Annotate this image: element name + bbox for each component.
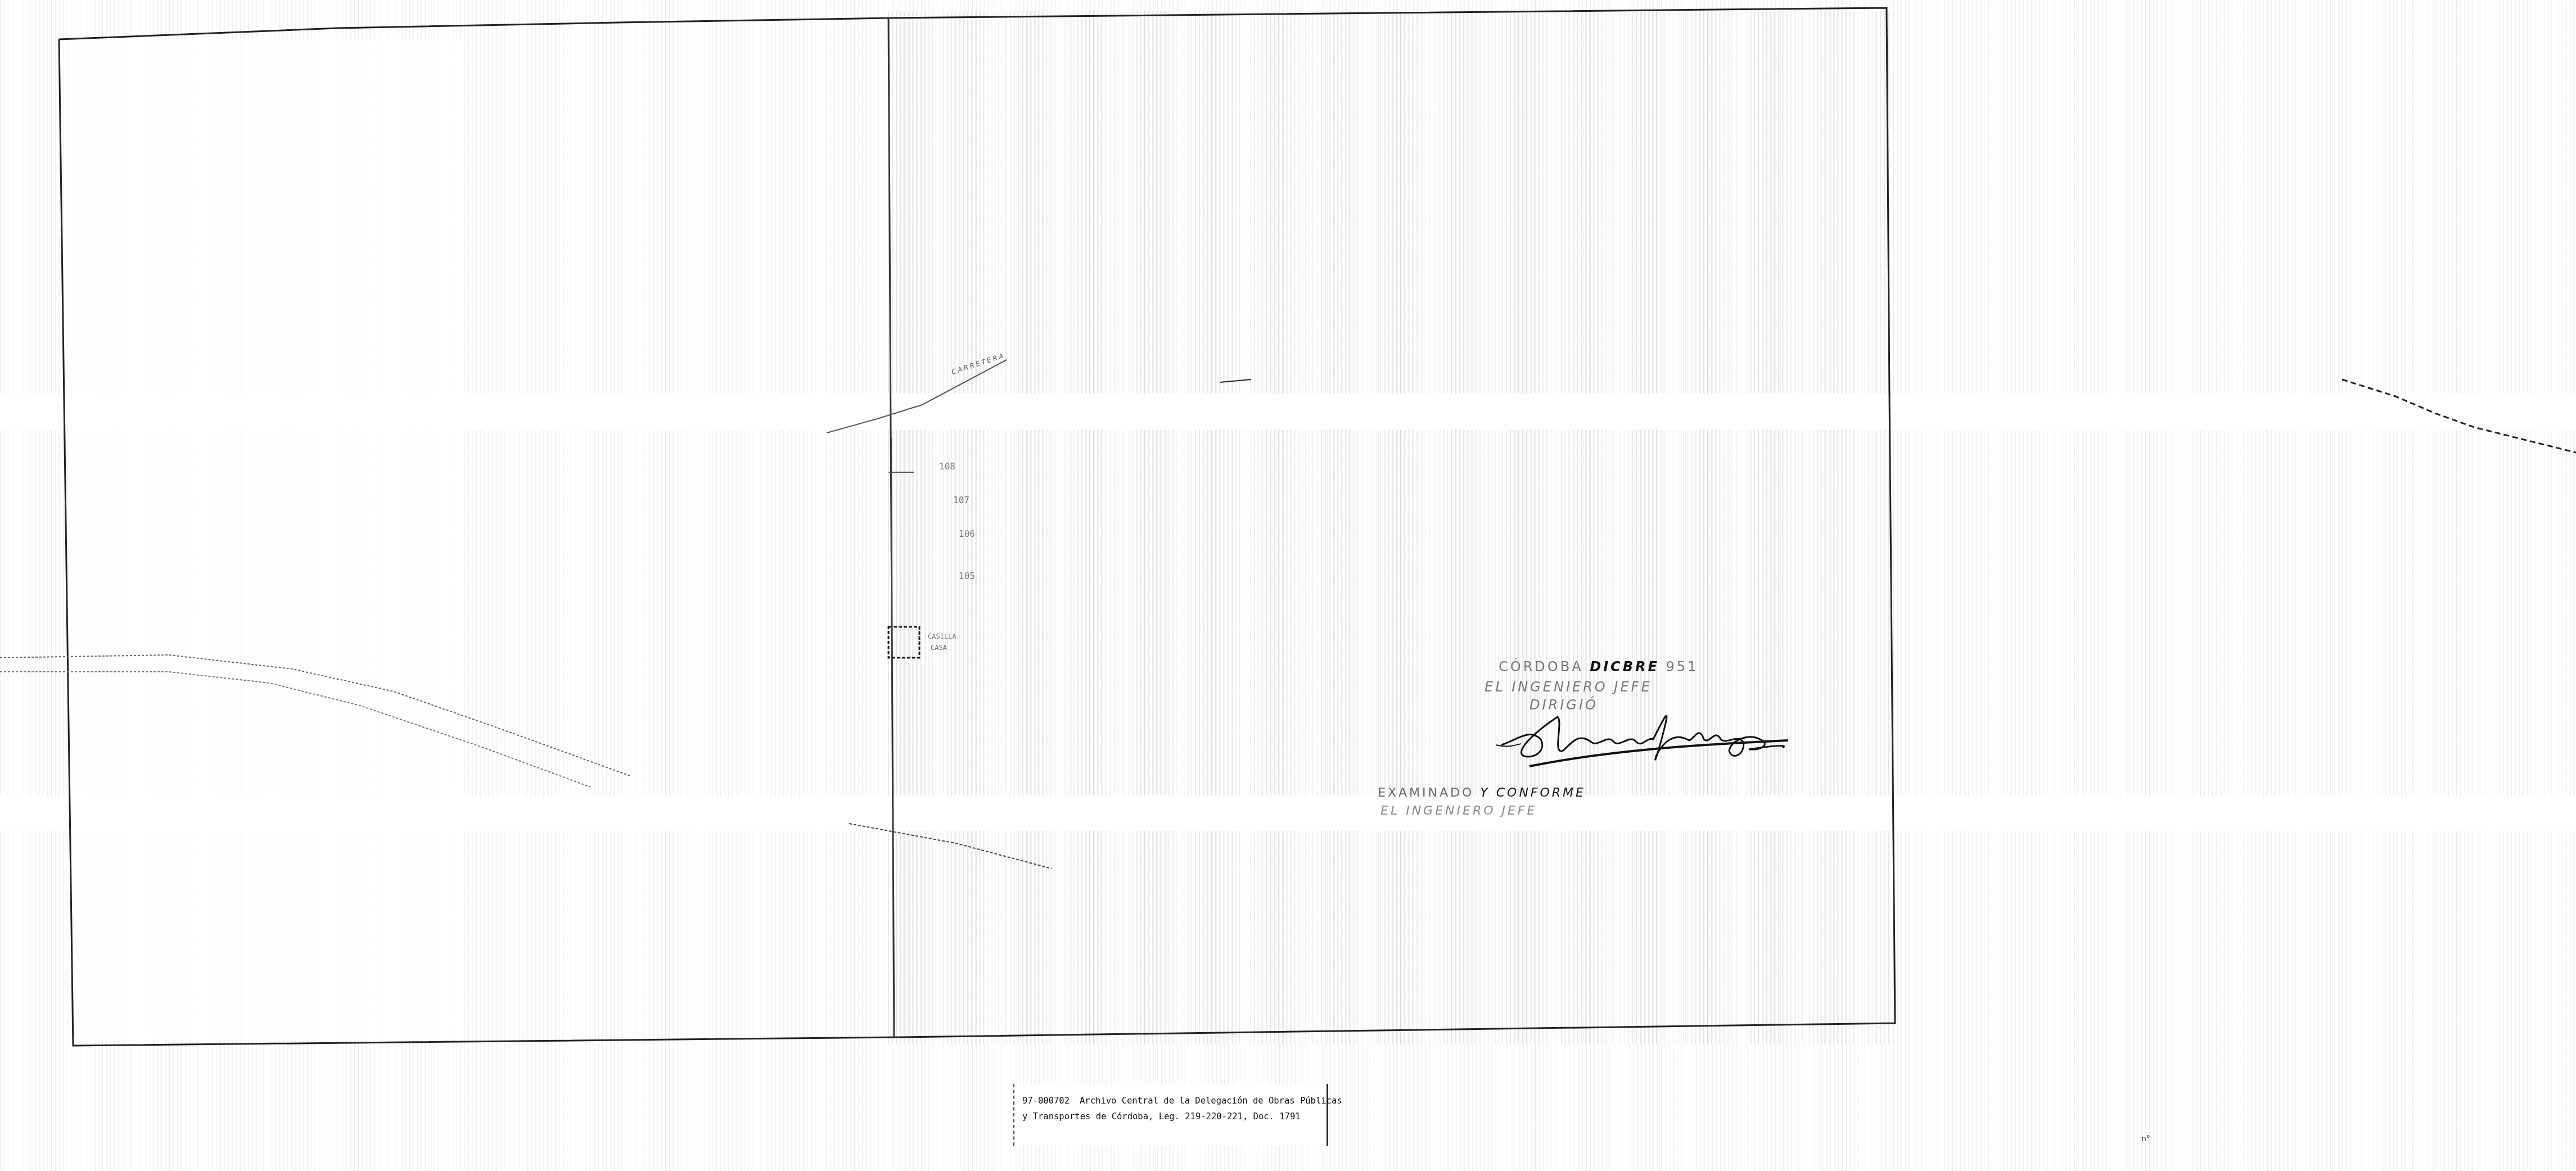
review-engineer-line: EL INGENIERO JEFE	[1381, 804, 1537, 818]
archive-code: 97-000702	[1022, 1096, 1070, 1106]
stamp-month: DICBRE	[1590, 659, 1659, 675]
measurement-label: CASILLA	[928, 632, 957, 640]
measurement-label: CASA	[931, 644, 947, 652]
parcel-boundary	[59, 8, 1895, 1046]
review-prefix: EXAMINADO	[1378, 786, 1474, 800]
archive-line-1: Archivo Central de la Delegación de Obra…	[1080, 1096, 1342, 1106]
corner-mark: n°	[2141, 1134, 2150, 1143]
review-conforme: Y CONFORME	[1480, 786, 1586, 800]
road-line	[0, 655, 630, 776]
review-stamp: EXAMINADO Y CONFORME	[1378, 786, 1586, 800]
signature	[1496, 706, 1799, 779]
measurement-label: 108	[939, 461, 955, 472]
stamp-city: CÓRDOBA	[1499, 659, 1584, 675]
measurement-label: 105	[959, 571, 975, 581]
archive-label: 97-000702Archivo Central de la Delegació…	[1013, 1084, 1328, 1146]
path-line	[849, 824, 1052, 869]
road-line	[2342, 379, 2576, 453]
measurement-label: 107	[953, 495, 969, 505]
survey-plan-drawing	[0, 0, 2576, 1171]
archive-line-2: y Transportes de Córdoba, Leg. 219-220-2…	[1022, 1111, 1301, 1122]
road-line	[0, 672, 590, 787]
stamp-engineer-line: EL INGENIERO JEFE	[1485, 679, 1652, 695]
mark-line	[1220, 379, 1251, 382]
casilla-building	[888, 627, 919, 658]
measurement-label: 106	[959, 528, 975, 539]
stamp-year: 951	[1666, 659, 1699, 675]
path-line	[827, 360, 1007, 433]
